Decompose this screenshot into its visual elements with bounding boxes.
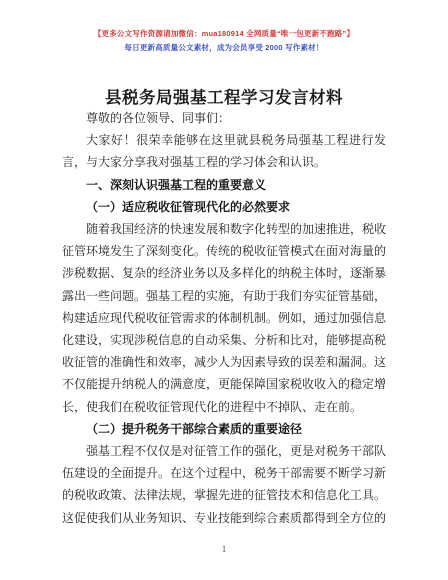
promo-header: 【更多公文写作资源请加微信：mua180914 全网质量“唯一包更新不跑路”】 … bbox=[0, 26, 448, 55]
promo-line-blue: 每日更新高质量公文素材，成为会员享受 2000 写作素材！ bbox=[0, 41, 448, 55]
document-body: 尊敬的各位领导、同事们： 大家好！很荣幸能够在这里就县税务局强基工程进行发言，与… bbox=[62, 107, 386, 529]
subsection-heading-1: （一）适应税收征管现代化的必然要求 bbox=[62, 196, 386, 218]
page-footer: 1 bbox=[0, 544, 448, 556]
document-page: 【更多公文写作资源请加微信：mua180914 全网质量“唯一包更新不跑路”】 … bbox=[0, 0, 448, 580]
document-title: 县税务局强基工程学习发言材料 bbox=[0, 84, 448, 108]
subsection-heading-2: （二）提升税务干部综合素质的重要途径 bbox=[62, 418, 386, 440]
paragraph-subsection-1: 随着我国经济的快速发展和数字化转型的加速推进，税收征管环境发生了深刻变化。传统的… bbox=[62, 218, 386, 418]
paragraph-intro: 大家好！很荣幸能够在这里就县税务局强基工程进行发言，与大家分享我对强基工程的学习… bbox=[62, 129, 386, 173]
greeting-line: 尊敬的各位领导、同事们： bbox=[62, 107, 386, 129]
promo-line-red: 【更多公文写作资源请加微信：mua180914 全网质量“唯一包更新不跑路”】 bbox=[0, 26, 448, 41]
page-number: 1 bbox=[222, 545, 227, 555]
section-heading-1: 一、深刻认识强基工程的重要意义 bbox=[62, 174, 386, 196]
paragraph-subsection-2: 强基工程不仅仅是对征管工作的强化，更是对税务干部队伍建设的全面提升。在这个过程中… bbox=[62, 440, 386, 529]
